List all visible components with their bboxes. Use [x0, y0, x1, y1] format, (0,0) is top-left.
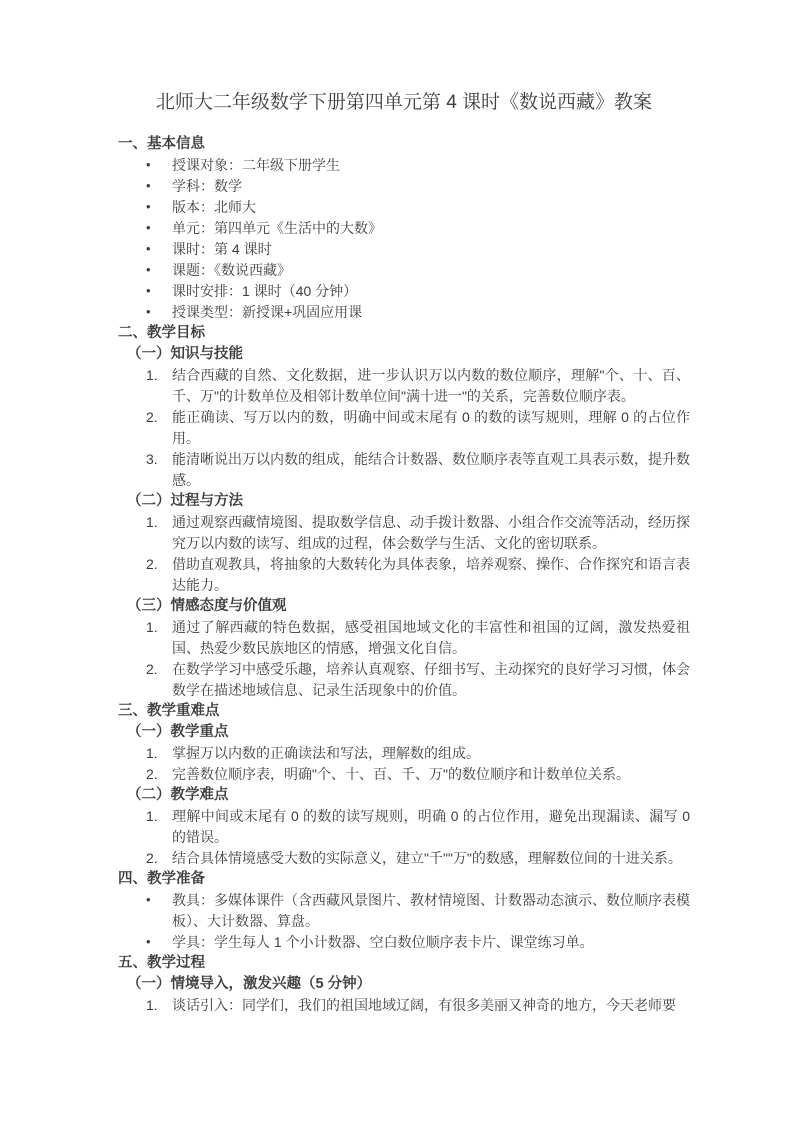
bullet-icon: • [146, 931, 151, 952]
bullet-item: •学科：数学 [118, 176, 690, 197]
bullet-text: 课题：《数说西藏》 [172, 262, 291, 278]
item-number: 2. [146, 848, 158, 869]
bullet-text: 授课对象：二年级下册学生 [172, 157, 340, 173]
numbered-item: 3.能清晰说出万以内数的组成，能结合计数器、数位顺序表等直观工具表示数，提升数感… [118, 449, 690, 491]
section-heading: 二、教学目标 [118, 323, 690, 344]
item-number: 1. [146, 743, 158, 764]
bullet-text: 授课类型：新授课+巩固应用课 [172, 304, 362, 320]
bullet-icon: • [146, 889, 151, 910]
section-key-difficult-points: 三、教学重难点 （一）教学重点 1.掌握万以内数的正确读法和写法，理解数的组成。… [118, 701, 690, 869]
document-page: 北师大二年级数学下册第四单元第 4 课时《数说西藏》教案 一、基本信息 •授课对… [0, 0, 794, 1123]
item-number: 2. [146, 764, 158, 785]
bullet-icon: • [146, 259, 151, 280]
item-text: 在数学学习中感受乐趣，培养认真观察、仔细书写、主动探究的良好学习习惯，体会数学在… [172, 661, 690, 698]
document-title: 北师大二年级数学下册第四单元第 4 课时《数说西藏》教案 [118, 88, 690, 118]
item-text: 掌握万以内数的正确读法和写法，理解数的组成。 [172, 745, 480, 761]
section-heading: 五、教学过程 [118, 953, 690, 974]
numbered-item: 1.通过观察西藏情境图、提取数学信息、动手拨计数器、小组合作交流等活动，经历探究… [118, 512, 690, 554]
bullet-text: 学具：学生每人 1 个小计数器、空白数位顺序表卡片、课堂练习单。 [172, 934, 594, 950]
section-teaching-preparation: 四、教学准备 •教具：多媒体课件（含西藏风景图片、教材情境图、计数器动态演示、数… [118, 869, 690, 953]
bullet-item: •授课类型：新授课+巩固应用课 [118, 302, 690, 323]
bullet-icon: • [146, 196, 151, 217]
numbered-item: 2.在数学学习中感受乐趣，培养认真观察、仔细书写、主动探究的良好学习习惯，体会数… [118, 659, 690, 701]
numbered-item: 2.结合具体情境感受大数的实际意义，建立"千""万"的数感，理解数位间的十进关系… [118, 848, 690, 869]
numbered-item: 1.掌握万以内数的正确读法和写法，理解数的组成。 [118, 743, 690, 764]
item-text: 能清晰说出万以内数的组成，能结合计数器、数位顺序表等直观工具表示数，提升数感。 [172, 451, 690, 488]
subsection-heading: （二）过程与方法 [118, 491, 690, 512]
numbered-item: 1.通过了解西藏的特色数据，感受祖国地域文化的丰富性和祖国的辽阔，激发热爱祖国、… [118, 617, 690, 659]
item-number: 1. [146, 365, 158, 386]
bullet-item: •学具：学生每人 1 个小计数器、空白数位顺序表卡片、课堂练习单。 [118, 932, 690, 953]
item-number: 2. [146, 554, 158, 575]
subsection-heading: （一）教学重点 [118, 722, 690, 743]
item-text: 谈话引入：同学们，我们的祖国地域辽阔，有很多美丽又神奇的地方，今天老师要 [172, 997, 676, 1013]
item-number: 1. [146, 995, 158, 1016]
numbered-item: 1.结合西藏的自然、文化数据，进一步认识万以内数的数位顺序，理解"个、十、百、千… [118, 365, 690, 407]
section-heading: 三、教学重难点 [118, 701, 690, 722]
subsection-heading: （三）情感态度与价值观 [118, 596, 690, 617]
item-text: 完善数位顺序表，明确"个、十、百、千、万"的数位顺序和计数单位关系。 [172, 766, 630, 782]
section-basic-info: 一、基本信息 •授课对象：二年级下册学生 •学科：数学 •版本：北师大 •单元：… [118, 134, 690, 323]
item-number: 2. [146, 659, 158, 680]
subsection-heading: （二）教学难点 [118, 785, 690, 806]
bullet-item: •课题：《数说西藏》 [118, 260, 690, 281]
section-teaching-process: 五、教学过程 （一）情境导入，激发兴趣（5 分钟） 1.谈话引入：同学们，我们的… [118, 953, 690, 1016]
bullet-text: 单元：第四单元《生活中的大数》 [172, 220, 382, 236]
bullet-item: •课时：第 4 课时 [118, 239, 690, 260]
item-text: 通过了解西藏的特色数据，感受祖国地域文化的丰富性和祖国的辽阔，激发热爱祖国、热爱… [172, 619, 690, 656]
bullet-item: •教具：多媒体课件（含西藏风景图片、教材情境图、计数器动态演示、数位顺序表模板）… [118, 890, 690, 932]
bullet-icon: • [146, 301, 151, 322]
item-number: 2. [146, 407, 158, 428]
item-number: 1. [146, 617, 158, 638]
bullet-icon: • [146, 154, 151, 175]
bullet-text: 版本：北师大 [172, 199, 256, 215]
bullet-text: 课时：第 4 课时 [172, 241, 272, 257]
bullet-text: 学科：数学 [172, 178, 242, 194]
item-number: 3. [146, 449, 158, 470]
subsection-heading: （一）情境导入，激发兴趣（5 分钟） [118, 974, 690, 995]
section-heading: 一、基本信息 [118, 134, 690, 155]
bullet-icon: • [146, 280, 151, 301]
bullet-icon: • [146, 217, 151, 238]
item-text: 结合西藏的自然、文化数据，进一步认识万以内数的数位顺序，理解"个、十、百、千、万… [172, 367, 690, 404]
bullet-item: •授课对象：二年级下册学生 [118, 155, 690, 176]
section-heading: 四、教学准备 [118, 869, 690, 890]
bullet-text: 教具：多媒体课件（含西藏风景图片、教材情境图、计数器动态演示、数位顺序表模板）、… [172, 892, 690, 929]
numbered-item: 2.完善数位顺序表，明确"个、十、百、千、万"的数位顺序和计数单位关系。 [118, 764, 690, 785]
item-number: 1. [146, 806, 158, 827]
numbered-item: 2.能正确读、写万以内的数，明确中间或末尾有 0 的数的读写规则，理解 0 的占… [118, 407, 690, 449]
item-number: 1. [146, 512, 158, 533]
numbered-item: 1.理解中间或末尾有 0 的数的读写规则，明确 0 的占位作用，避免出现漏读、漏… [118, 806, 690, 848]
subsection-heading: （一）知识与技能 [118, 344, 690, 365]
bullet-item: •版本：北师大 [118, 197, 690, 218]
section-teaching-goals: 二、教学目标 （一）知识与技能 1.结合西藏的自然、文化数据，进一步认识万以内数… [118, 323, 690, 701]
item-text: 能正确读、写万以内的数，明确中间或末尾有 0 的数的读写规则，理解 0 的占位作… [172, 409, 690, 446]
bullet-icon: • [146, 175, 151, 196]
numbered-item: 1.谈话引入：同学们，我们的祖国地域辽阔，有很多美丽又神奇的地方，今天老师要 [118, 995, 690, 1016]
item-text: 结合具体情境感受大数的实际意义，建立"千""万"的数感，理解数位间的十进关系。 [172, 850, 682, 866]
bullet-item: •单元：第四单元《生活中的大数》 [118, 218, 690, 239]
item-text: 借助直观教具，将抽象的大数转化为具体表象，培养观察、操作、合作探究和语言表达能力… [172, 556, 690, 593]
item-text: 通过观察西藏情境图、提取数学信息、动手拨计数器、小组合作交流等活动，经历探究万以… [172, 514, 690, 551]
bullet-icon: • [146, 238, 151, 259]
item-text: 理解中间或末尾有 0 的数的读写规则，明确 0 的占位作用，避免出现漏读、漏写 … [172, 808, 690, 845]
numbered-item: 2.借助直观教具，将抽象的大数转化为具体表象，培养观察、操作、合作探究和语言表达… [118, 554, 690, 596]
bullet-item: •课时安排：1 课时（40 分钟） [118, 281, 690, 302]
bullet-text: 课时安排：1 课时（40 分钟） [172, 283, 357, 299]
